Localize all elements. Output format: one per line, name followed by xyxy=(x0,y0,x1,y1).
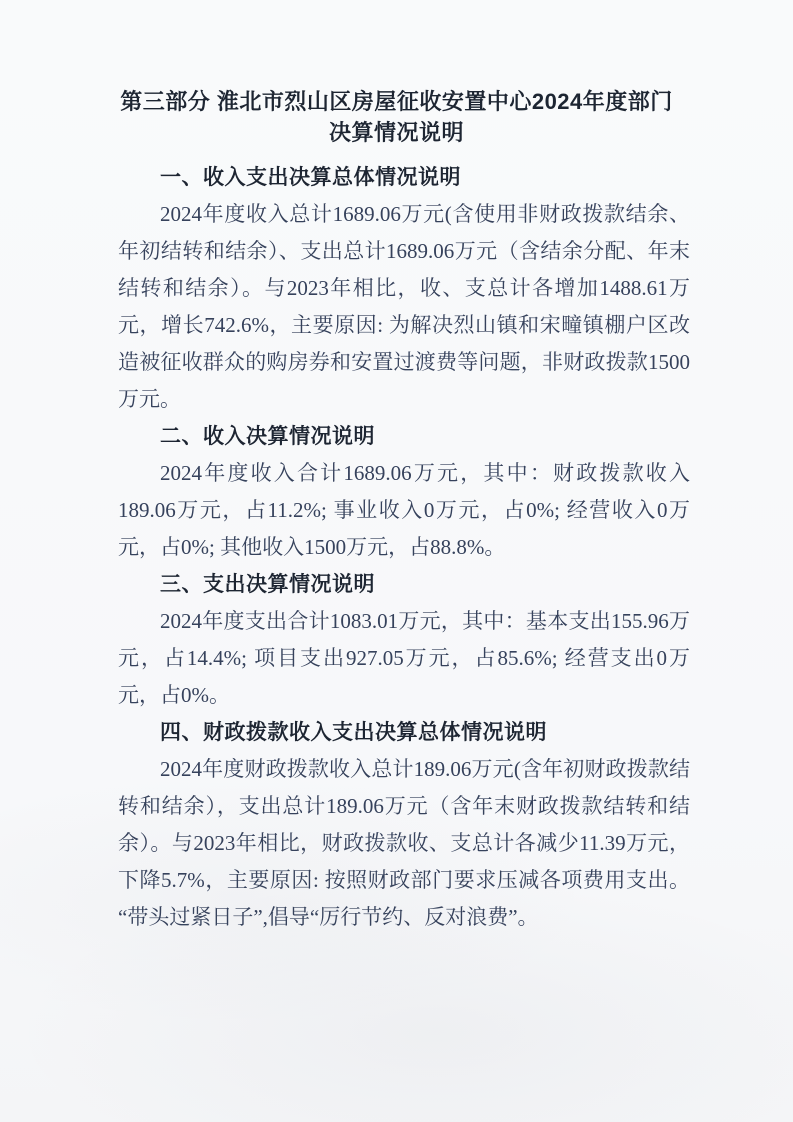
section-paragraph-2: 2024年度收入合计1689.06万元，其中：财政拨款收入189.06万元，占1… xyxy=(118,455,690,566)
document-body: 一、收入支出决算总体情况说明 2024年度收入总计1689.06万元(含使用非财… xyxy=(118,159,690,936)
section-heading-2: 二、收入决算情况说明 xyxy=(118,418,690,455)
document-title: 第三部分 淮北市烈山区房屋征收安置中心2024年度部门 决算情况说明 xyxy=(60,86,733,148)
document-page: 第三部分 淮北市烈山区房屋征收安置中心2024年度部门 决算情况说明 一、收入支… xyxy=(0,0,793,1122)
section-paragraph-4: 2024年度财政拨款收入总计189.06万元(含年初财政拨款结转和结余），支出总… xyxy=(118,751,690,936)
section-heading-1: 一、收入支出决算总体情况说明 xyxy=(118,159,690,196)
section-paragraph-1: 2024年度收入总计1689.06万元(含使用非财政拨款结余、年初结转和结余）、… xyxy=(118,196,690,418)
section-paragraph-3: 2024年度支出合计1083.01万元，其中：基本支出155.96万元，占14.… xyxy=(118,603,690,714)
section-heading-4: 四、财政拨款收入支出决算总体情况说明 xyxy=(118,714,690,751)
document-title-line2: 决算情况说明 xyxy=(60,117,733,148)
section-heading-3: 三、支出决算情况说明 xyxy=(118,566,690,603)
document-title-line1: 第三部分 淮北市烈山区房屋征收安置中心2024年度部门 xyxy=(60,86,733,117)
